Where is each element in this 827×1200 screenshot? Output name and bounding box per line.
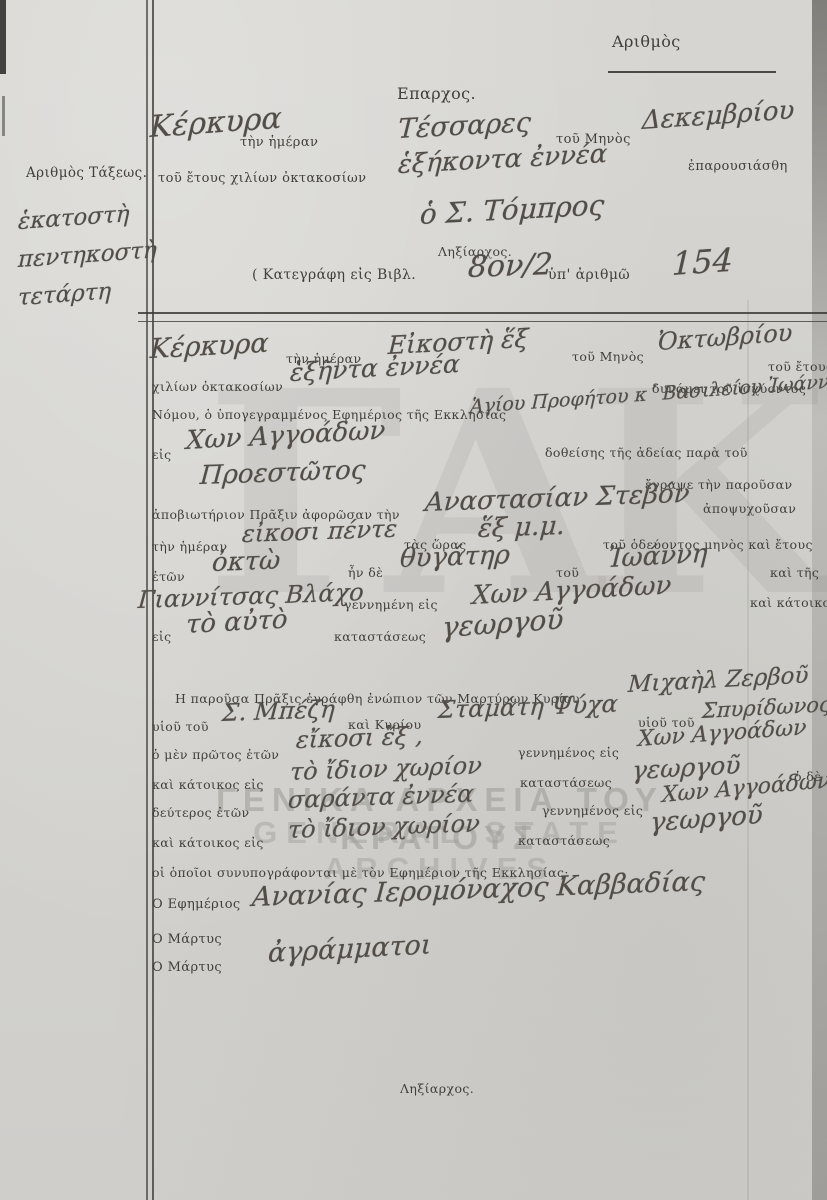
witness-label-1: Ο Μάρτυς — [152, 933, 222, 947]
hw-registration-month: Δεκεμβρίου — [642, 97, 795, 135]
hw-order-number-line3: τετάρτη — [18, 279, 112, 310]
condition-label-2: καταστάσεως — [518, 834, 610, 847]
son-of-label-1: υἱοῦ τοῦ — [152, 720, 209, 733]
hw-witness2-name: Σταμάτη Ψύχα — [437, 692, 619, 724]
order-number-label: Αριθμὸς Τάξεως. — [26, 166, 147, 180]
act-month-label: τοῦ Μηνὸς — [572, 350, 644, 363]
born-at-label-1: γεννημένος εἰς — [518, 746, 619, 759]
hw-registrar-signature: ὁ Σ. Τόμπρος — [419, 190, 605, 229]
hw-church-name: Ἁγίου Προφήτου κ΄ Βασιλείου Ἰωάννου — [470, 371, 827, 418]
document-page: ΓΑΚ ΓΕΝΙΚΑ ΑΡΧΕΙΑ ΤΟΥ ΚΡΑΤΟΥΣ GENERAL ST… — [0, 0, 827, 1200]
born-at-label-2: γεννημένος εἰς — [542, 804, 643, 817]
day-label: τὴν ἡμέραν — [240, 136, 318, 150]
hw-witness1-name: Μιχαὴλ Ζερβοῦ — [627, 663, 809, 697]
under-number-label: ὑπ' ἀριθμῶ — [548, 268, 630, 283]
hw-registration-year: ἑξήκοντα ἐννέα — [397, 141, 608, 179]
witness-label-2: Ο Μάρτυς — [152, 961, 222, 975]
and-of-label: καὶ τῆς — [770, 566, 819, 579]
hw-act-place: Κέρκυρα — [149, 330, 269, 365]
hw-father-name: Ἰωάννη — [607, 541, 708, 574]
binding-mark — [0, 0, 6, 74]
resident-at-label-2: καὶ κάτοικος εἰς — [152, 836, 264, 849]
hw-witness1-father: Σ. Μπέζη — [221, 697, 336, 726]
hw-death-day: εἰκοσι πέντε — [241, 517, 398, 548]
hw-order-number-line1: ἑκατοστὴ — [18, 202, 130, 234]
record-number-underline — [608, 71, 776, 73]
condition-label-1: καταστάσεως — [520, 776, 612, 789]
binding-mark-2 — [2, 96, 5, 136]
at-label: εἰς — [152, 448, 172, 461]
hw-act-year: ἑξῆντα ἐννέα — [289, 351, 460, 386]
resident-at-label-1: καὶ κάτοικος εἰς — [152, 778, 264, 791]
hw-witness2-residence: τὸ ἴδιον χωρίον — [287, 811, 481, 843]
hw-deceased-age: ὀκτὼ — [211, 548, 281, 578]
and-resident-label: καὶ κάτοικος — [750, 596, 827, 609]
age-label: ἐτῶν — [152, 570, 185, 583]
second-aged-label: δεύτερος ἐτῶν — [152, 806, 249, 819]
eparchos-label: Επαρχος. — [397, 86, 476, 103]
permission-label: δοθείσης τῆς ἀδείας παρὰ τοῦ — [545, 446, 748, 459]
priest-label: Ο Εφημέριος — [152, 898, 241, 912]
first-aged-label: ὁ μὲν πρῶτος ἐτῶν — [152, 748, 279, 761]
hw-book-number: 8ον/2 — [467, 249, 554, 284]
hw-registration-day: Τέσσαρες — [397, 109, 531, 144]
hw-death-hour: ἕξ μ.μ. — [477, 513, 566, 543]
hw-illiterate-note: ἀγράμματοι — [267, 931, 432, 968]
presented-label: ἐπαρουσιάσθη — [688, 160, 788, 174]
condition-label: καταστάσεως — [334, 630, 426, 643]
fold-line — [747, 300, 749, 1200]
hw-occupation: γεωργοῦ — [441, 604, 563, 642]
year-label: τοῦ ἔτους χιλίων ὀκτακοσίων — [158, 172, 366, 186]
hw-order-number-line2: πεντηκοστὴ — [18, 238, 158, 272]
hw-record-number: 154 — [671, 244, 733, 282]
hw-permission-giver: Προεστῶτος — [199, 457, 366, 490]
hw-residence: τὸ αὐτὸ — [185, 607, 288, 640]
act-year-label2: χιλίων ὀκτακοσίων — [152, 380, 283, 393]
was-label: ἦν δὲ — [348, 566, 383, 579]
born-at-label: γεννημένη εἰς — [344, 598, 438, 611]
expired-label: ἀποψυχοῦσαν — [703, 502, 796, 515]
recorded-in-book-label: ( Κατεγράφη εἰς Βιβλ. — [252, 268, 416, 283]
hw-witness1-age: εἴκοσι ἕξ , — [295, 724, 424, 754]
hw-church-village: Χων Αγγοάδων — [185, 418, 386, 456]
registrar-label-bottom: Ληξίαρχος. — [400, 1082, 474, 1095]
hw-witness2-age: σαράντα ἐννέα — [287, 781, 474, 813]
at-label-2: εἰς — [152, 630, 172, 643]
header-divider-rule — [138, 312, 827, 322]
hw-relation: θυγάτηρ — [399, 542, 511, 573]
hw-birthplace: Χων Αγγοάδων — [471, 573, 672, 611]
record-number-label: Αριθμὸς — [612, 34, 681, 51]
hw-act-month: Ὀκτωβρίου — [658, 321, 793, 356]
